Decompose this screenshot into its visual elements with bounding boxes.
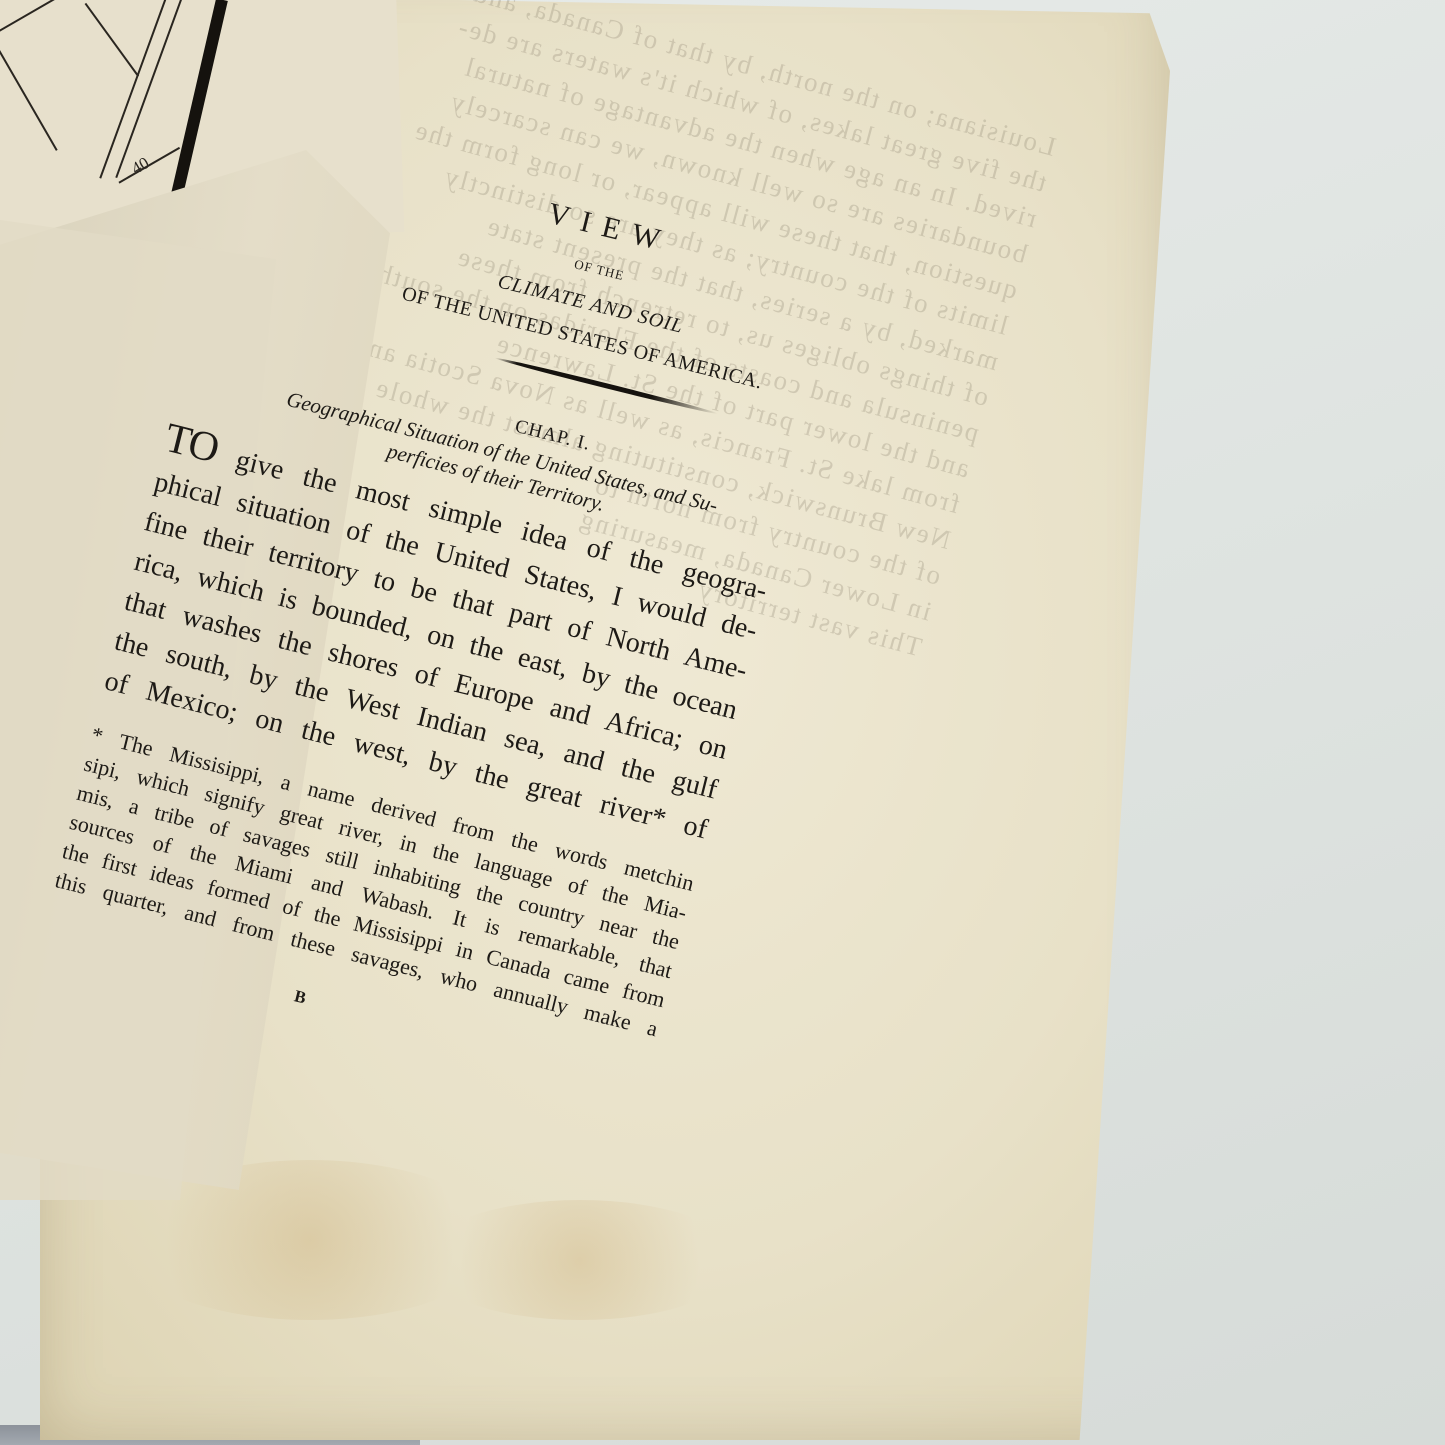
map-line [0, 46, 58, 151]
map-line [85, 3, 140, 77]
foxing-stain [420, 1200, 740, 1320]
map-line [0, 0, 76, 33]
map-line [99, 0, 166, 179]
